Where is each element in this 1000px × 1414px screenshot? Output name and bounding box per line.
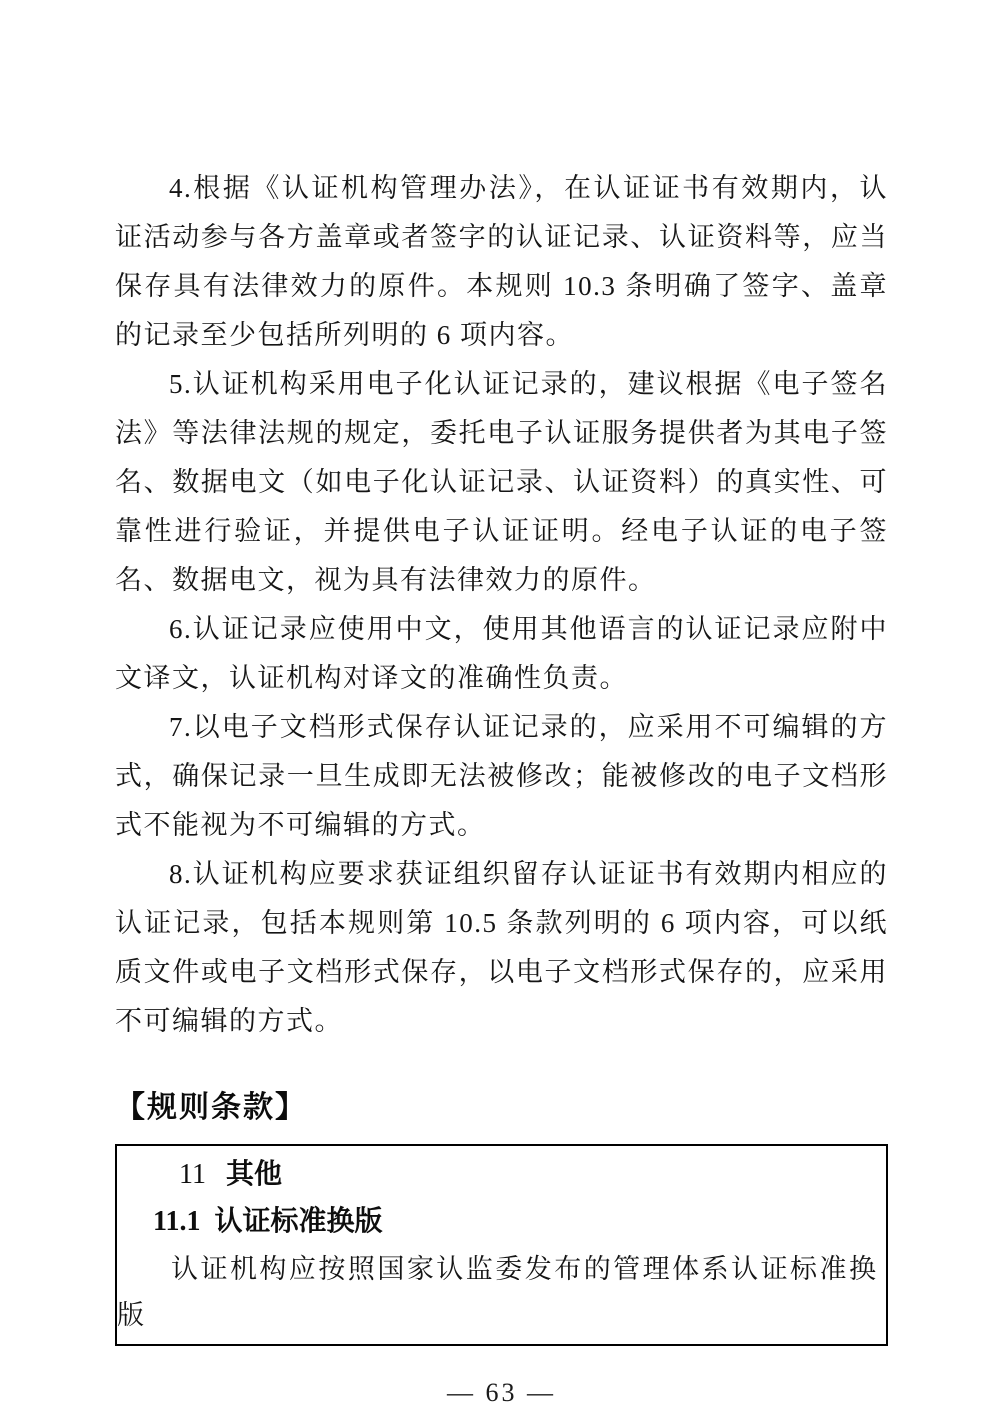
commentary-paragraph-5: 5.认证机构采用电子化认证记录的，建议根据《电子签名法》等法律法规的规定，委托电… [115,360,888,605]
rule-clause-box: 11其他 11.1认证标准换版 认证机构应按照国家认监委发布的管理体系认证标准换… [115,1144,888,1346]
rule-heading-clause-11-1: 11.1认证标准换版 [153,1198,878,1246]
commentary-paragraph-4: 4.根据《认证机构管理办法》，在认证证书有效期内，认证活动参与各方盖章或者签字的… [115,164,888,360]
subclause-title: 认证标准换版 [214,1206,382,1237]
commentary-paragraph-7: 7.以电子文档形式保存认证记录的，应采用不可编辑的方式，确保记录一旦生成即无法被… [115,703,888,850]
document-page: 4.根据《认证机构管理办法》，在认证证书有效期内，认证活动参与各方盖章或者签字的… [0,0,1000,1414]
page-number: — 63 — [115,1378,888,1408]
subclause-number: 11.1 [153,1206,200,1237]
rule-body-text: 认证机构应按照国家认监委发布的管理体系认证标准换版 [117,1246,878,1338]
rule-clause-heading: 【规则条款】 [115,1086,888,1130]
clause-title: 其他 [226,1158,282,1189]
commentary-paragraph-8: 8.认证机构应要求获证组织留存认证证书有效期内相应的认证记录，包括本规则第 10… [115,850,888,1046]
page-content: 4.根据《认证机构管理办法》，在认证证书有效期内，认证活动参与各方盖章或者签字的… [115,164,888,1408]
clause-number: 11 [179,1159,206,1190]
rule-heading-clause-11: 11其他 [179,1151,878,1198]
commentary-paragraph-6: 6.认证记录应使用中文，使用其他语言的认证记录应附中文译文，认证机构对译文的准确… [115,605,888,703]
